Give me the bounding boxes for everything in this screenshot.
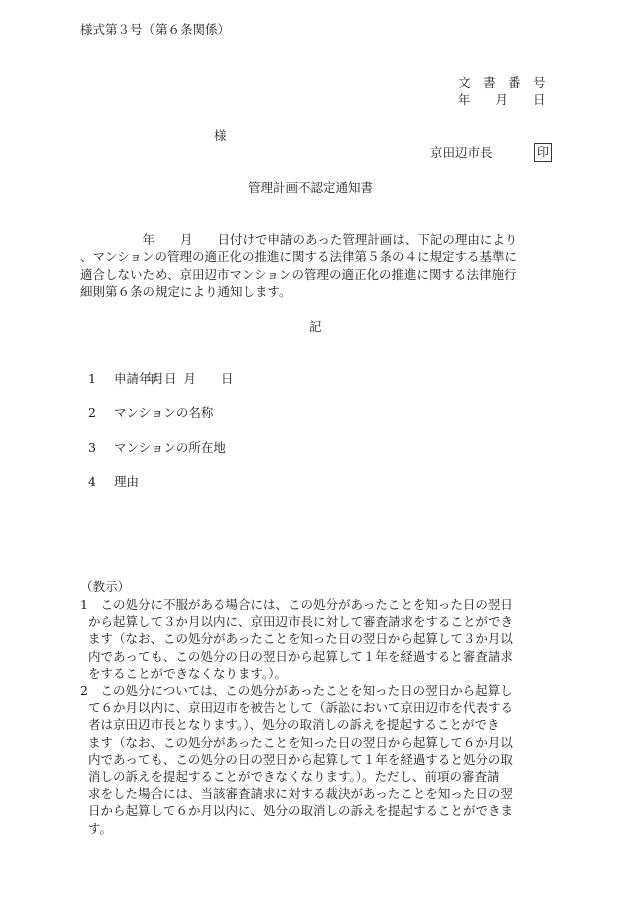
note-number: 2 [80,683,88,698]
issuer-name: 京田辺市長 [430,144,493,161]
note-line: 求をした場合には、当該審査請求に対する裁決があったことを知った日の翌 [80,785,560,802]
list-item-mansion-location: 3マンションの所在地 [80,422,226,456]
body-line: 年 月 日付けで申請のあった管理計画は、下記の理由により [80,231,560,248]
note-item: 1 この処分に不服がある場合には、この処分があったことを知った日の翌日 から起算… [80,596,560,682]
note-line: この処分に不服がある場合には、この処分があったことを知った日の翌日 [88,597,513,612]
note-line: から起算して３か月以内に、京田辺市長に対して審査請求をすることができ [80,613,560,630]
item-label: 理由 [114,474,139,489]
item-number: 4 [88,473,114,490]
application-date-placeholder: 年 月 日 [146,370,234,387]
note-line: す。 [80,820,560,837]
item-number: 2 [88,404,114,421]
body-line: 、マンションの管理の適正化の推進に関する法律第５条の４に規定する基準に [80,248,560,265]
note-line: この処分については、この処分があったことを知った日の翌日から起算し [88,683,513,698]
body-line: 適合しないため、京田辺市マンションの管理の適正化の推進に関する法律施行 [80,266,560,283]
note-line: 消しの訴えを提起することができなくなります。）。ただし、前項の審査請 [80,768,560,785]
item-number: 1 [88,370,114,387]
document-date-label: 年 月 日 [458,91,546,108]
note-line: 内であっても、この処分の日の翌日から起算して１年を経過すると処分の取 [80,751,560,768]
ki-heading: 記 [309,318,322,335]
note-line: をすることができなくなります。）。 [80,665,560,682]
note-line: て６か月以内に、京田辺市を被告として（訴訟において京田辺市を代表する [80,699,560,716]
item-label: マンションの所在地 [114,440,226,455]
list-item-mansion-name: 2マンションの名称 [80,387,213,421]
note-line: 者は京田辺市長となります。）、処分の取消しの訴えを提起することができ [80,716,560,733]
form-label: 様式第３号（第６条関係） [80,21,230,38]
item-label: マンションの名称 [114,405,213,420]
seal-icon: 印 [534,143,552,162]
document-number-label: 文 書 番 号 [458,74,546,91]
instruction-notes: 1 この処分に不服がある場合には、この処分があったことを知った日の翌日 から起算… [80,596,560,837]
instruction-heading: （教示） [80,578,130,595]
note-line: 内であっても、この処分の日の翌日から起算して１年を経過すると審査請求 [80,648,560,665]
note-item: 2 この処分については、この処分があったことを知った日の翌日から起算し て６か月… [80,682,560,837]
item-number: 3 [88,439,114,456]
body-line: 細則第６条の規定により通知します。 [80,283,560,300]
body-paragraph: 年 月 日付けで申請のあった管理計画は、下記の理由により 、マンションの管理の適… [80,231,560,300]
note-line: 日から起算して６か月以内に、処分の取消しの訴えを提起することができま [80,802,560,819]
note-number: 1 [80,597,88,612]
addressee-suffix: 様 [214,127,227,144]
note-line: ます（なお、この処分があったことを知った日の翌日から起算して３か月以 [80,630,560,647]
list-item-reason: 4理由 [80,456,139,490]
page-title: 管理計画不認定通知書 [248,179,373,196]
note-line: ます（なお、この処分があったことを知った日の翌日から起算して６か月以 [80,734,560,751]
